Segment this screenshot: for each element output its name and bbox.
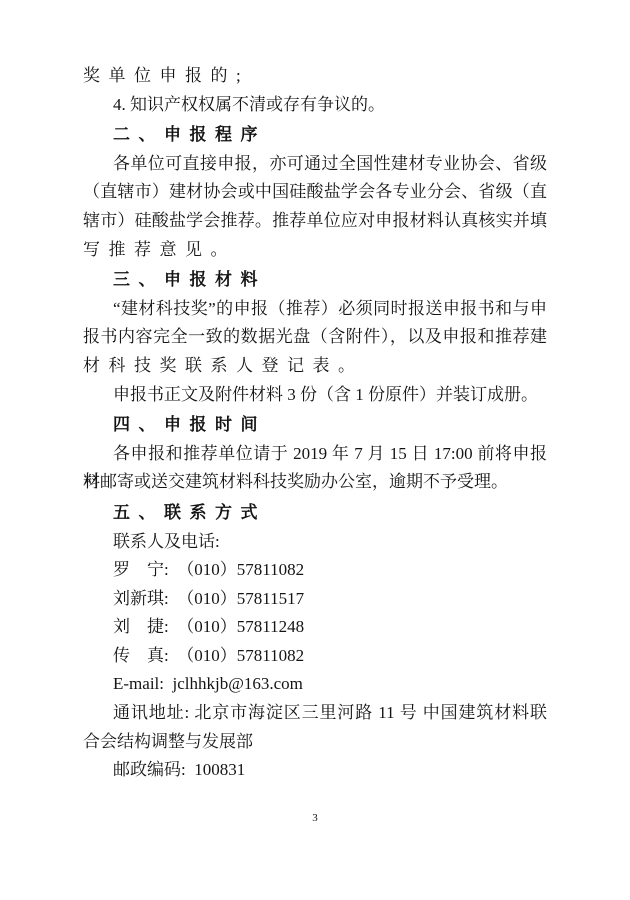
document-line: 写推荐意见。 — [83, 236, 547, 265]
page-number: 3 — [0, 810, 630, 826]
document-body: 奖单位申报的;4. 知识产权权属不清或存有争议的。二、申报程序各单位可直接申报，… — [83, 62, 547, 785]
document-line: 各申报和推荐单位请于 2019 年 7 月 15 日 17:00 前将申报材 — [83, 440, 547, 469]
document-line: 报书内容完全一致的数据光盘（含附件），以及申报和推荐建 — [83, 323, 547, 352]
section-heading: 四、申报时间 — [83, 411, 547, 440]
document-line: 罗 宁: （010）57811082 — [83, 556, 547, 585]
document-line: 材科技奖联系人登记表。 — [83, 352, 547, 381]
document-line: 刘新琪: （010）57811517 — [83, 585, 547, 614]
document-line: 合会结构调整与发展部 — [83, 728, 547, 757]
document-line: 各单位可直接申报，亦可通过全国性建材专业协会、省级 — [83, 150, 547, 179]
document-line: 刘 捷: （010）57811248 — [83, 613, 547, 642]
document-line: “建材科技奖”的申报（推荐）必须同时报送申报书和与申 — [83, 295, 547, 324]
document-line: （直辖市）建材协会或中国硅酸盐学会各专业分会、省级（直 — [83, 178, 547, 207]
document-line: 通讯地址: 北京市海淀区三里河路 11 号 中国建筑材料联 — [83, 699, 547, 728]
document-line: 料邮寄或送交建筑材料科技奖励办公室，逾期不予受理。 — [83, 468, 547, 497]
document-line: 传 真: （010）57811082 — [83, 642, 547, 671]
document-line: 申报书正文及附件材料 3 份（含 1 份原件）并装订成册。 — [83, 381, 547, 410]
section-heading: 三、申报材料 — [83, 266, 547, 295]
document-line: 奖单位申报的; — [83, 62, 547, 91]
document-line: 联系人及电话: — [83, 528, 547, 557]
document-line: 邮政编码: 100831 — [83, 756, 547, 785]
section-heading: 二、申报程序 — [83, 121, 547, 150]
document-line: 辖市）硅酸盐学会推荐。推荐单位应对申报材料认真核实并填 — [83, 207, 547, 236]
section-heading: 五、联系方式 — [83, 499, 547, 528]
document-line: E-mail: jclhhkjb@163.com — [83, 670, 547, 699]
document-page: 奖单位申报的;4. 知识产权权属不清或存有争议的。二、申报程序各单位可直接申报，… — [0, 0, 630, 900]
document-line: 4. 知识产权权属不清或存有争议的。 — [83, 91, 547, 120]
